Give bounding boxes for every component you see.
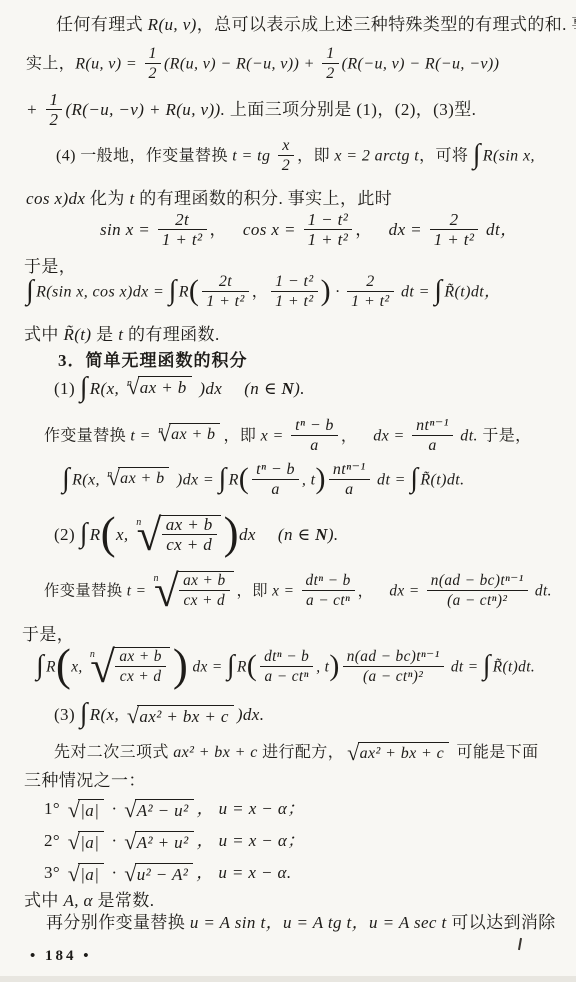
section-heading: 3．简单无理函数的积分 xyxy=(58,348,248,374)
cn-text: 式中 xyxy=(24,891,63,910)
integral-sign: ∫ xyxy=(26,275,34,306)
text-line: 式中 R̃(t) 是 t 的有理函数. xyxy=(24,322,220,348)
integral-sign: ∫ xyxy=(80,518,88,549)
denominator: a xyxy=(329,479,370,499)
sqrt-root: √A² − u² xyxy=(124,799,193,820)
paren: ) xyxy=(321,274,331,307)
numerator: 1 xyxy=(46,91,63,109)
numerator: 2 xyxy=(430,211,479,229)
sqrt-root: √A² + u² xyxy=(124,831,193,852)
math-text: R xyxy=(90,525,101,544)
radicand: A² − u² xyxy=(135,799,194,820)
math-text: dt = xyxy=(373,472,411,489)
denominator: 1 + t² xyxy=(430,229,479,249)
math-text: · xyxy=(331,284,344,301)
root-index: n xyxy=(158,418,163,444)
numerator: tⁿ − b xyxy=(291,417,338,435)
numerator: ax + b xyxy=(115,648,165,666)
math-text: dt. xyxy=(456,428,482,445)
text-line: 任何有理式 R(u, v)，总可以表示成上述三种特殊类型的有理式的和. 事 xyxy=(56,12,576,38)
integral-sign: ∫ xyxy=(169,275,177,306)
case-line: 3° √|a| · √u² − A²， u = x − α. xyxy=(44,860,291,886)
math-text: R̃(t)dt， xyxy=(444,284,500,301)
math-text: )dx xyxy=(195,379,223,398)
math-text: x, xyxy=(116,525,133,544)
item-label: (1) xyxy=(54,379,80,398)
integral-sign: ∫ xyxy=(483,650,491,681)
numerator: 1 xyxy=(322,45,338,63)
fraction: 21 + t² xyxy=(347,273,393,311)
denominator: 2 xyxy=(145,63,161,83)
comma: ， xyxy=(355,220,372,239)
sqrt-root: √ax² + bx + c xyxy=(127,705,234,726)
numerator: 2t xyxy=(202,273,248,291)
cn-text: 可能是下面 xyxy=(452,744,538,761)
integral-sign: ∫ xyxy=(227,650,235,681)
math-text: ax² + bx + c xyxy=(173,744,258,761)
numerator: 1 − t² xyxy=(271,273,317,291)
denominator: (a − ctⁿ)² xyxy=(343,666,444,686)
cn-text: 是常数. xyxy=(93,891,155,910)
math-text: dt = xyxy=(397,284,435,301)
denominator: a xyxy=(291,435,338,455)
math-text: u = A sin t，u = A tg t，u = A sec t xyxy=(190,913,447,932)
cn-text: 作变量替换 xyxy=(44,428,130,445)
integral-sign: ∫ xyxy=(434,275,442,306)
numerator: x xyxy=(278,137,294,155)
denominator: a − ctⁿ xyxy=(302,590,355,610)
cn-text: ，即 xyxy=(223,428,260,445)
cn-text: 进行配方， xyxy=(258,744,344,761)
integral-sign: ∫ xyxy=(219,463,227,494)
radicand: |a| xyxy=(78,799,104,820)
math-text: R(sin x, cos x)dx = xyxy=(36,284,169,301)
root-index: n xyxy=(136,510,141,536)
formula-line: (1) ∫R(x, n√ax + b )dx(n ∈ N). xyxy=(54,376,305,403)
math-text: A, α xyxy=(63,891,92,910)
cn-text: 的有理函数. xyxy=(123,325,219,344)
sqrt-root: √|a| xyxy=(68,863,105,884)
math-text: )dx = xyxy=(172,472,218,489)
math-text: · xyxy=(107,831,121,850)
paren: ( xyxy=(189,274,199,307)
cn-text: 三种情况之一： xyxy=(24,771,146,790)
denominator: cx + d xyxy=(162,534,217,554)
math-text: · xyxy=(107,863,121,882)
numerator: dtⁿ − b xyxy=(302,572,355,590)
math-text: R xyxy=(229,472,239,489)
math-text: R̃(t)dt. xyxy=(493,659,535,676)
math-text: ， u = x − α； xyxy=(197,799,305,818)
formula-line: 实上，R(u, v) = 12(R(u, v) − R(−u, v)) + 12… xyxy=(26,46,499,84)
radicand: ax + b xyxy=(118,467,169,488)
math-text: R xyxy=(237,659,247,676)
denominator: 2 xyxy=(46,109,63,129)
cn-text: ，即 xyxy=(237,583,273,600)
root-index: n xyxy=(154,566,159,592)
radicand: |a| xyxy=(78,863,104,884)
numerator: ntⁿ⁻¹ xyxy=(412,417,453,435)
paren: ( xyxy=(56,640,71,690)
fraction: ax + bcx + d xyxy=(162,516,217,554)
cn-text: 上面三项分别是 (1)，(2)，(3)型. xyxy=(230,100,476,119)
math-text: dx = xyxy=(188,659,227,676)
sqrt-root: √ax² + bx + c xyxy=(347,742,449,763)
denominator: (a − ctⁿ)² xyxy=(427,590,528,610)
formula-line: 作变量替换 t = n√ax + bcx + d，即 x = dtⁿ − ba … xyxy=(44,572,552,612)
denominator: 1 + t² xyxy=(202,291,248,311)
denominator: cx + d xyxy=(115,666,165,686)
paren: ( xyxy=(239,462,249,495)
math-text: t = tg xyxy=(232,148,275,165)
math-text: R(x, xyxy=(72,472,104,489)
math-text: dx = xyxy=(389,583,423,600)
math-text: (n ∈ xyxy=(244,379,281,398)
formula-line: (3) ∫R(x, √ax² + bx + c)dx. xyxy=(54,702,264,728)
math-text: )dx. xyxy=(237,705,265,724)
cn-text: 是 xyxy=(91,325,118,344)
numerator: 1 xyxy=(145,45,161,63)
radicand: ax + b xyxy=(169,423,220,444)
fraction: 12 xyxy=(46,91,63,129)
math-text: cos x)dx xyxy=(26,189,85,208)
math-text: (n ∈ xyxy=(278,525,315,544)
cn-text: 的有理函数的积分. 事实上，此时 xyxy=(135,189,393,208)
integral-sign: ∫ xyxy=(36,650,44,681)
case-line: 1° √|a| · √A² − u²， u = x − α； xyxy=(44,796,305,822)
denominator: a − ctⁿ xyxy=(260,666,313,686)
formula-line: (2) ∫R(x, n√ax + bcx + d)dx(n ∈ N). xyxy=(54,516,339,556)
denominator: 2 xyxy=(278,155,294,175)
formula-line: + 12(R(−u, −v) + R(u, v)). 上面三项分别是 (1)，(… xyxy=(26,92,476,130)
radicand: u² − A² xyxy=(135,863,194,884)
math-text: sin x = xyxy=(100,220,155,239)
numerator: dtⁿ − b xyxy=(260,648,313,666)
math-text: (R(−u, v) − R(−u, −v)) xyxy=(342,56,500,73)
math-text: , t xyxy=(302,472,316,489)
math-text: R xyxy=(179,284,189,301)
math-text: ). xyxy=(328,525,339,544)
denominator: 1 + t² xyxy=(347,291,393,311)
cn-text: 可以达到消除 xyxy=(447,913,556,932)
page-number: • 184 • xyxy=(30,948,92,965)
case-number: 2° xyxy=(44,831,65,850)
denominator: 1 + t² xyxy=(158,229,207,249)
case-line: 2° √|a| · √A² + u²， u = x − α； xyxy=(44,828,305,854)
radicand: ax + bcx + d xyxy=(160,515,221,554)
cn-text: ，可将 xyxy=(419,148,473,165)
root-index: n xyxy=(127,371,132,397)
fraction: 21 + t² xyxy=(430,211,479,249)
nth-root: n√ax + b xyxy=(127,376,192,402)
case-number: 1° xyxy=(44,799,65,818)
comma: ， xyxy=(252,284,268,301)
numerator: ntⁿ⁻¹ xyxy=(329,461,370,479)
case-number: 3° xyxy=(44,863,65,882)
scan-edge-shadow xyxy=(0,976,576,982)
math-text: R(x, xyxy=(90,379,124,398)
math-text: (R(−u, −v) + R(u, v)). xyxy=(65,100,229,119)
cn-text: 实上， xyxy=(26,56,75,73)
fraction: 1 − t²1 + t² xyxy=(271,273,317,311)
math-text: R̃(t)dt. xyxy=(420,472,464,489)
math-text: dt， xyxy=(481,220,517,239)
cn-text: 式中 xyxy=(24,325,63,344)
text-line: 三种情况之一： xyxy=(24,768,146,794)
fraction: ax + bcx + d xyxy=(179,572,229,610)
numerator: ax + b xyxy=(179,572,229,590)
radicand: ax² + bx + c xyxy=(137,705,233,726)
fraction: tⁿ − ba xyxy=(291,417,338,455)
fraction: 2t1 + t² xyxy=(202,273,248,311)
paren: ) xyxy=(316,462,326,495)
denominator: a xyxy=(412,435,453,455)
math-text: dx = xyxy=(389,220,427,239)
root-index: n xyxy=(90,642,95,668)
math-text: , t xyxy=(316,659,329,676)
math-text: t = xyxy=(130,428,155,445)
fraction: n(ad − bc)tⁿ⁻¹(a − ctⁿ)² xyxy=(343,648,444,686)
radicand: ax² + bx + c xyxy=(358,742,450,763)
fraction: tⁿ − ba xyxy=(252,461,299,499)
paren: ( xyxy=(101,508,116,558)
comma: ， xyxy=(358,583,374,600)
paren: ) xyxy=(224,508,239,558)
sqrt-root: √|a| xyxy=(68,799,105,820)
math-text: x, xyxy=(71,659,87,676)
nth-root: n√ax + bcx + d xyxy=(90,647,170,687)
fraction: dtⁿ − ba − ctⁿ xyxy=(260,648,313,686)
text-line: 再分别作变量替换 u = A sin t，u = A tg t，u = A se… xyxy=(46,910,556,936)
integral-sign: ∫ xyxy=(62,463,70,494)
cn-text: 再分别作变量替换 xyxy=(46,913,190,932)
numerator: tⁿ − b xyxy=(252,461,299,479)
math-text: x = 2 arctg t xyxy=(334,148,419,165)
numerator: 2 xyxy=(347,273,393,291)
math-text: R(u, v) xyxy=(148,15,197,34)
math-text: R(x, xyxy=(90,705,124,724)
fraction: dtⁿ − ba − ctⁿ xyxy=(302,572,355,610)
item-label: (3) xyxy=(54,705,80,724)
math-text: dt. xyxy=(531,583,552,600)
fraction: x2 xyxy=(278,137,294,175)
math-text: ， u = x − α； xyxy=(197,831,305,850)
integral-sign: ∫ xyxy=(410,463,418,494)
book-page: 任何有理式 R(u, v)，总可以表示成上述三种特殊类型的有理式的和. 事 实上… xyxy=(0,0,576,982)
denominator: 1 + t² xyxy=(304,229,353,249)
denominator: a xyxy=(252,479,299,499)
math-text: N xyxy=(281,379,294,398)
cn-text: 于是， xyxy=(482,428,531,445)
numerator: n(ad − bc)tⁿ⁻¹ xyxy=(343,648,444,666)
math-text: x = xyxy=(261,428,289,445)
math-text: dx = xyxy=(373,428,409,445)
math-text: R(u, v) = xyxy=(75,56,141,73)
radicand: |a| xyxy=(78,831,104,852)
numerator: ax + b xyxy=(162,516,217,534)
numerator: 1 − t² xyxy=(304,211,353,229)
math-text: t = xyxy=(127,583,151,600)
math-text: ， u = x − α. xyxy=(196,863,291,882)
formula-line: (4) 一般地，作变量替换 t = tg x2，即 x = 2 arctg t，… xyxy=(56,138,535,176)
integral-sign: ∫ xyxy=(473,139,481,170)
fraction: ntⁿ⁻¹a xyxy=(412,417,453,455)
cn-text: ，总可以表示成上述三种特殊类型的有理式的和. 事 xyxy=(197,15,576,34)
math-text: dt = xyxy=(447,659,483,676)
math-text: cos x = xyxy=(243,220,301,239)
nth-root: n√ax + bcx + d xyxy=(136,515,220,555)
formula-line: ∫R(sin x, cos x)dx = ∫R(2t1 + t²，1 − t²1… xyxy=(26,274,500,312)
nth-root: n√ax + b xyxy=(107,467,169,493)
math-text: R xyxy=(46,659,56,676)
fraction: 12 xyxy=(145,45,161,83)
fraction: ax + bcx + d xyxy=(115,648,165,686)
numerator: n(ad − bc)tⁿ⁻¹ xyxy=(427,572,528,590)
formula-line: 先对二次三项式 ax² + bx + c 进行配方，√ax² + bx + c … xyxy=(54,740,539,766)
math-text: (R(u, v) − R(−u, v)) + xyxy=(164,56,319,73)
math-text: dx xyxy=(239,525,256,544)
radicand: ax + b xyxy=(138,376,192,397)
comma: ， xyxy=(210,220,227,239)
radicand: ax + bcx + d xyxy=(177,571,233,610)
nth-root: n√ax + b xyxy=(158,423,220,449)
sqrt-root: √u² − A² xyxy=(124,863,193,884)
formula-line: 作变量替换 t = n√ax + b，即 x = tⁿ − ba，dx = nt… xyxy=(44,418,532,456)
denominator: 1 + t² xyxy=(271,291,317,311)
denominator: 2 xyxy=(322,63,338,83)
text-line: cos x)dx 化为 t 的有理函数的积分. 事实上，此时 xyxy=(26,186,392,212)
item-label: (2) xyxy=(54,525,80,544)
denominator: cx + d xyxy=(179,590,229,610)
math-text: x = xyxy=(272,583,298,600)
math-text: + xyxy=(26,100,43,119)
paren: ) xyxy=(173,640,188,690)
root-index: n xyxy=(107,462,112,488)
radicand: ax + bcx + d xyxy=(113,647,169,686)
cn-text: (4) 一般地，作变量替换 xyxy=(56,148,232,165)
cn-text: 化为 xyxy=(85,189,129,208)
cn-text: 作变量替换 xyxy=(44,583,127,600)
integral-sign: ∫ xyxy=(80,698,88,729)
fraction: 12 xyxy=(322,45,338,83)
scan-artifact-tick xyxy=(518,938,522,950)
formula-line: sin x = 2t1 + t²，cos x = 1 − t²1 + t²，dx… xyxy=(100,212,517,250)
formula-line: ∫R(x, n√ax + b )dx = ∫R(tⁿ − ba, t)ntⁿ⁻¹… xyxy=(62,462,465,500)
paren: ) xyxy=(329,649,339,682)
fraction: 2t1 + t² xyxy=(158,211,207,249)
math-text: R(sin x, xyxy=(483,148,535,165)
cn-text: 任何有理式 xyxy=(56,15,148,34)
math-text: ). xyxy=(294,379,305,398)
cn-text: 3．简单无理函数的积分 xyxy=(58,351,248,370)
radicand: A² + u² xyxy=(135,831,194,852)
cn-text: 先对二次三项式 xyxy=(54,744,173,761)
sqrt-root: √|a| xyxy=(68,831,105,852)
math-text: N xyxy=(315,525,328,544)
nth-root: n√ax + bcx + d xyxy=(154,571,234,611)
numerator: 2t xyxy=(158,211,207,229)
fraction: 1 − t²1 + t² xyxy=(304,211,353,249)
math-text: · xyxy=(107,799,121,818)
paren: ( xyxy=(247,649,257,682)
formula-line: ∫R(x, n√ax + bcx + d) dx = ∫R(dtⁿ − ba −… xyxy=(36,648,535,688)
fraction: ntⁿ⁻¹a xyxy=(329,461,370,499)
math-text: R̃(t) xyxy=(63,325,91,344)
cn-text: ，即 xyxy=(297,148,334,165)
fraction: n(ad − bc)tⁿ⁻¹(a − ctⁿ)² xyxy=(427,572,528,610)
comma: ， xyxy=(341,428,357,445)
integral-sign: ∫ xyxy=(80,372,88,403)
